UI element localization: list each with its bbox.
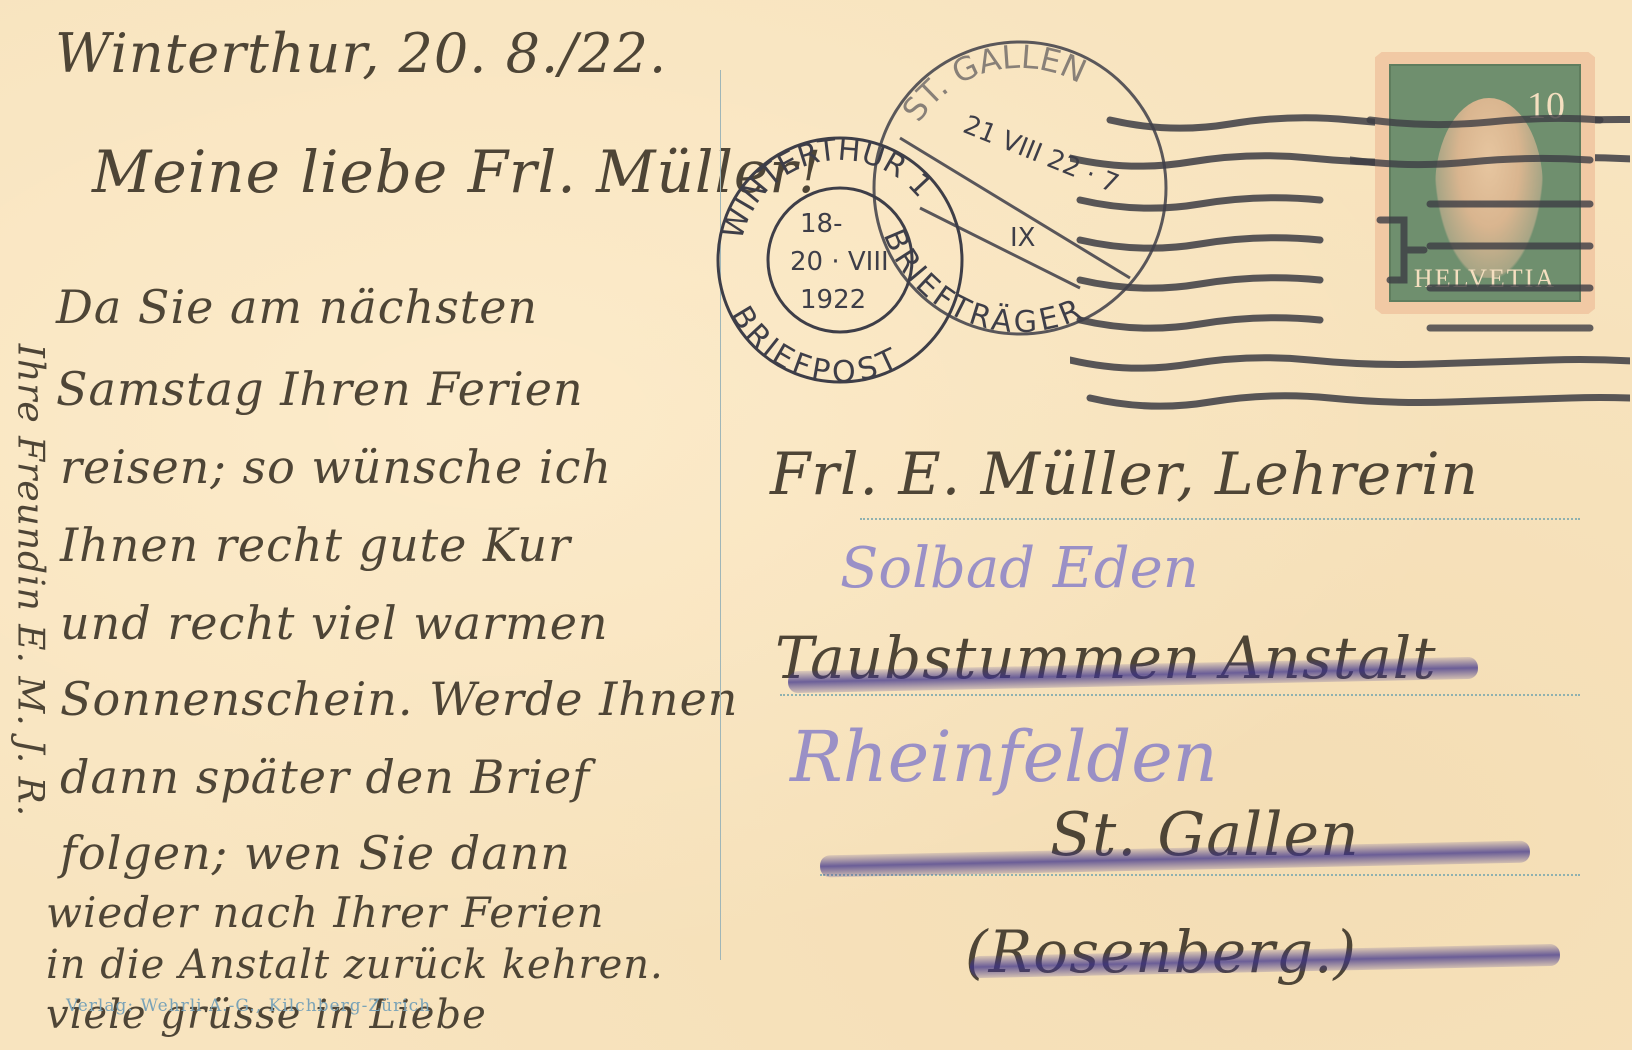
message-line: Da Sie am nächsten (56, 280, 538, 334)
stamp-cancel-lines (1350, 110, 1610, 350)
postmark-line: IX (1010, 223, 1035, 253)
margin-note: Ihre Freundin E. M. J. R. (10, 261, 51, 901)
forwarding-line: Rheinfelden (790, 716, 1218, 798)
publisher-line: Verlag: Wehrli A.-G., Kilchberg-Zürich (66, 996, 431, 1016)
dateline: Winterthur, 20. 8./22. (55, 22, 667, 85)
message-line: Ihnen recht gute Kur (60, 518, 571, 572)
forwarding-line: Solbad Eden (840, 536, 1199, 601)
postmark-bottom-text: BRIEFTRÄGER (876, 224, 1086, 340)
postmark-top-text: ST. GALLEN (894, 38, 1092, 129)
postmark-st-gallen: ST. GALLEN BRIEFTRÄGER 21 VIII 22 · 7 IX (860, 28, 1190, 358)
address-rule (860, 518, 1580, 520)
message-line: dann später den Brief (60, 750, 590, 804)
message-line: und recht viel warmen (60, 596, 609, 650)
message-line: Samstag Ihren Ferien (56, 362, 584, 416)
postcard: Winterthur, 20. 8./22. Meine liebe Frl. … (0, 0, 1632, 1050)
message-line: reisen; so wünsche ich (60, 440, 612, 494)
message-line: folgen; wen Sie dann (60, 826, 571, 880)
message-line: Sonnenschein. Werde Ihnen (60, 672, 738, 726)
postmark-line: 1922 (800, 285, 866, 315)
address-rule (780, 694, 1580, 696)
postmark-line: 18- (800, 209, 842, 239)
message-line: wieder nach Ihrer Ferien (46, 888, 605, 937)
recipient-name: Frl. E. Müller, Lehrerin (770, 440, 1479, 508)
message-line: in die Anstalt zurück kehren. (46, 942, 664, 988)
postmark-line: 21 VIII 22 · 7 (959, 110, 1123, 200)
